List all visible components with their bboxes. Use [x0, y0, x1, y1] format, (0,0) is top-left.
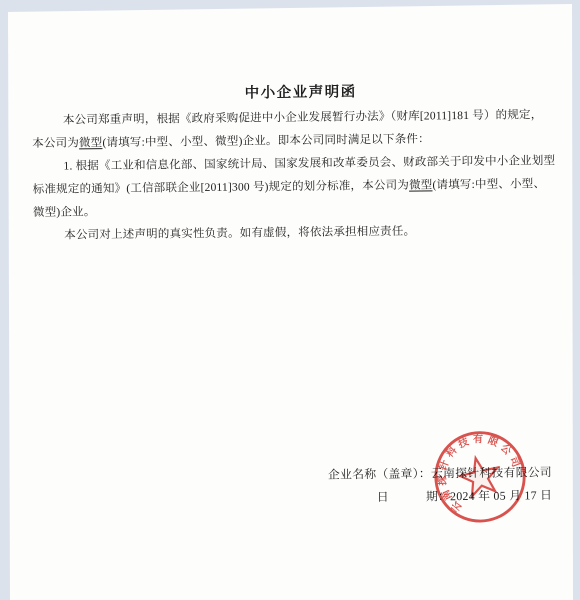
document-title: 中小企业声明函 [24, 78, 578, 105]
body-text-run: 本公司对上述声明的真实性负责。如有虚假，将依法承担相应责任。 [64, 226, 415, 242]
body-text-run: 本公司为 [32, 137, 79, 150]
body-text-run: 标准规定的通知》(工信部联企业[2011]300 号)规定的划分标准，本公司为 [33, 180, 409, 196]
company-seal-graphic: 云南探针科技有限公司 [431, 428, 528, 525]
company-seal: 云南探针科技有限公司 [431, 428, 528, 525]
filled-enterprise-type: 微型 [409, 179, 433, 191]
date-label-left: 日 [377, 490, 389, 504]
body-text-run: (请填写:中型、小型、 [432, 178, 545, 191]
declaration-document: 中小企业声明函 本公司郑重声明，根据《政府采购促进中小企业发展暂行办法》（财库[… [0, 0, 580, 600]
filled-enterprise-type: 微型 [79, 137, 103, 149]
body-text-run: (请填写:中型、小型、微型)企业。即本公司同时满足以下条件： [102, 133, 429, 149]
body-text-run: 1. 根据《工业和信息化部、国家统计局、国家发展和改革委员会、财政部关于印发中小… [63, 155, 555, 173]
body-line-6: 本公司对上述声明的真实性负责。如有虚假，将依法承担相应责任。 [33, 219, 551, 248]
body-text-run: 本公司郑重声明，根据《政府采购促进中小企业发展暂行办法》（财库[2011]181… [63, 109, 543, 126]
company-name-label: 企业名称（盖章）： [328, 466, 431, 481]
seal-star-icon [457, 454, 502, 498]
document-body: 本公司郑重声明，根据《政府采购促进中小企业发展暂行办法》（财库[2011]181… [32, 104, 552, 248]
body-text-run: 微型)企业。 [33, 206, 96, 219]
